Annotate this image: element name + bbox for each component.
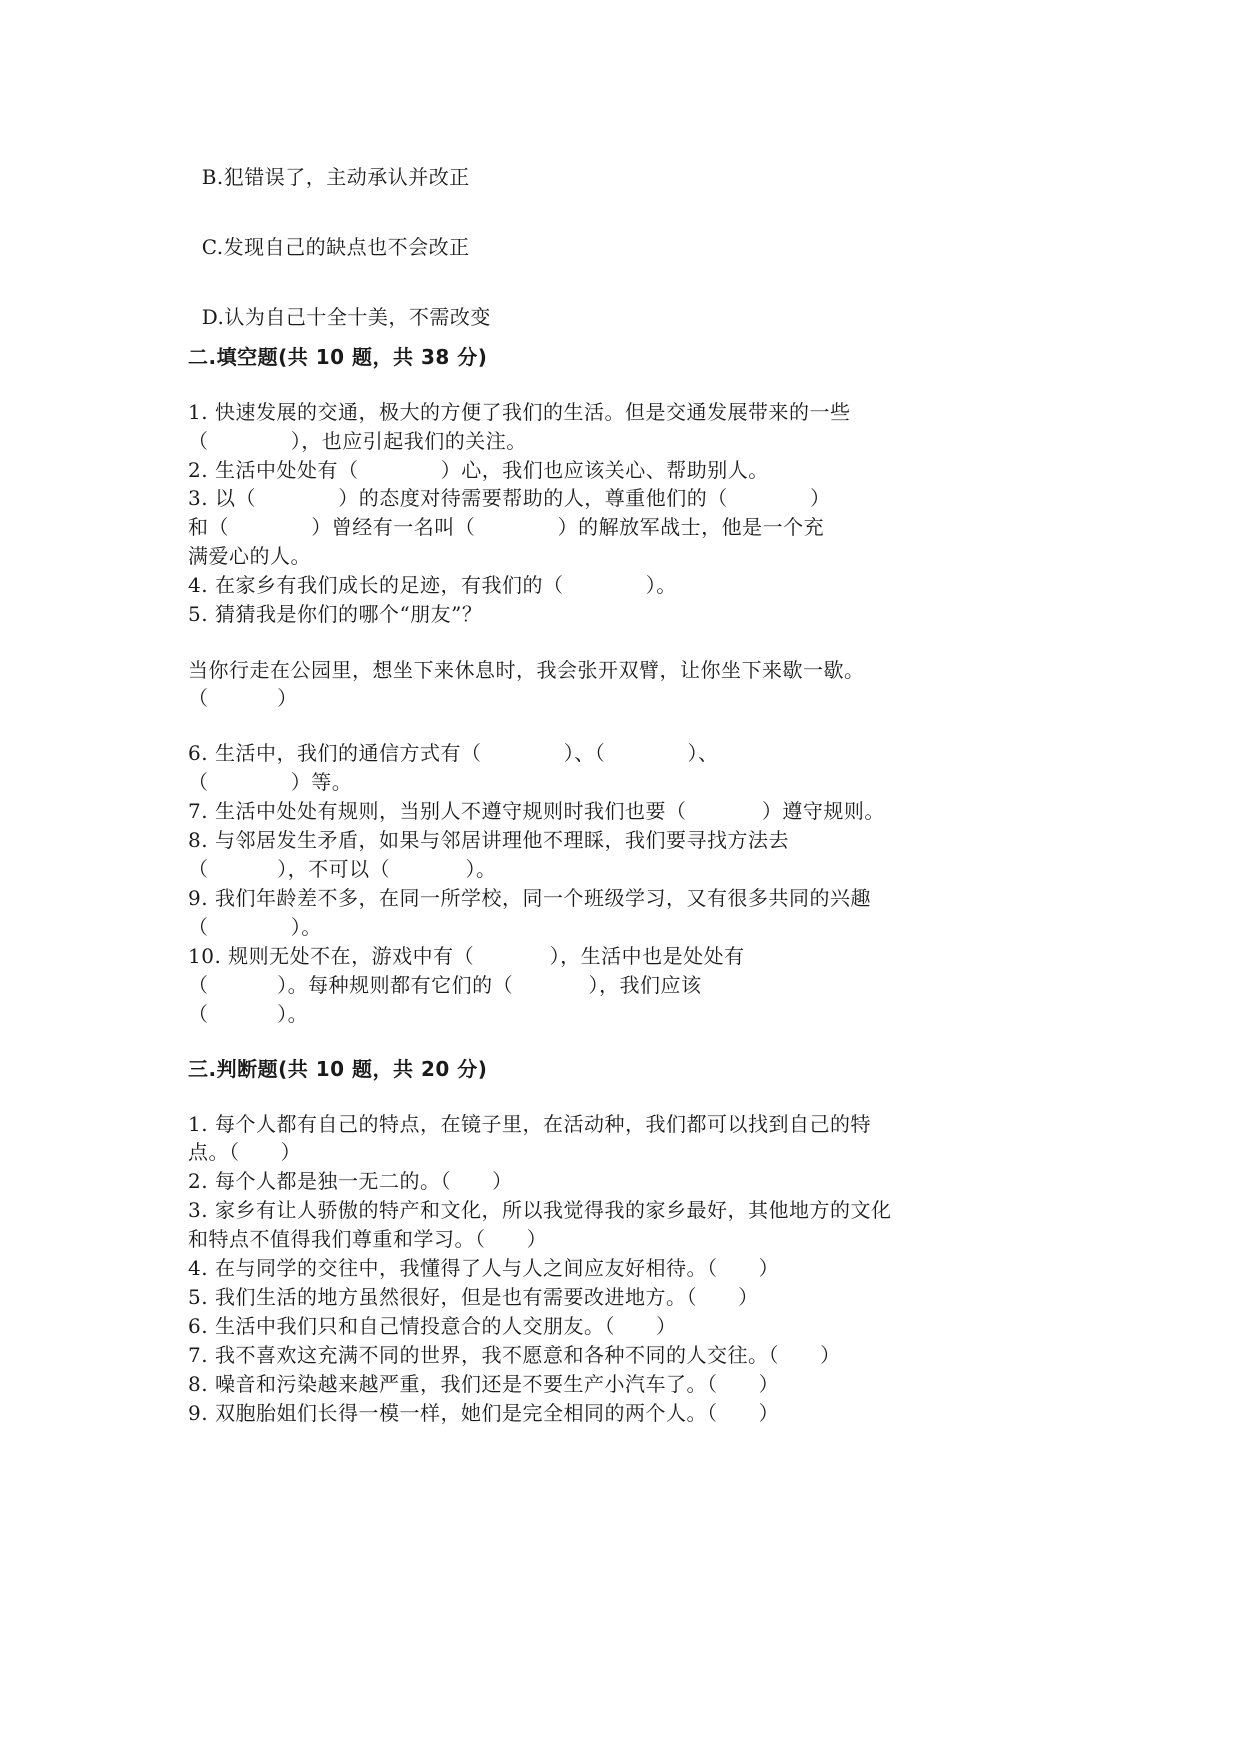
judgment-line: 点。（ ） [188,1138,301,1167]
judgment-line: 和特点不值得我们尊重和学习。（ ） [188,1225,547,1254]
choice-option-b: B.犯错误了，主动承认并改正 [188,134,470,192]
question-line: 满爱心的人。 [188,542,311,571]
question-line: 3. 以（ ）的态度对待需要帮助的人，尊重他们的（ ） [188,484,831,513]
question-line: 当你行走在公园里，想坐下来休息时，我会张开双臂，让你坐下来歇一歇。 [188,656,865,685]
judgment-line: 6. 生活中我们只和自己情投意合的人交朋友。（ ） [188,1312,677,1341]
question-line: 1. 快速发展的交通，极大的方便了我们的生活。但是交通发展带来的一些 [188,398,850,427]
option-label: C. [202,235,224,259]
question-line: 9. 我们年龄差不多，在同一所学校，同一个班级学习，又有很多共同的兴趣 [188,884,871,913]
question-line: （ ）。 [188,913,322,942]
judgment-line: 3. 家乡有让人骄傲的特产和文化，所以我觉得我的家乡最好，其他地方的文化 [188,1196,891,1225]
judgment-line: 1. 每个人都有自己的特点，在镜子里，在活动种，我们都可以找到自己的特 [188,1110,871,1139]
choice-option-d: D.认为自己十全十美，不需改变 [188,274,491,332]
option-label: B. [202,165,224,189]
judgment-line: 2. 每个人都是独一无二的。（ ） [188,1167,513,1196]
judgment-line: 7. 我不喜欢这充满不同的世界，我不愿意和各种不同的人交往。（ ） [188,1341,841,1370]
question-line: 8. 与邻居发生矛盾，如果与邻居讲理他不理睬，我们要寻找方法去 [188,826,789,855]
question-line: 4. 在家乡有我们成长的足迹，有我们的（ ）。 [188,571,677,600]
option-text: 发现自己的缺点也不会改正 [224,235,470,259]
question-line: （ ），也应引起我们的关注。 [188,427,527,456]
question-line: （ ），不可以（ ）。 [188,855,497,884]
section-heading-true-false: 三.判断题(共 10 题，共 20 分) [188,1055,487,1084]
question-line: （ ）。每种规则都有它们的（ ），我们应该 [188,971,702,1000]
question-line: （ ） [188,684,298,713]
question-line: 7. 生活中处处有规则，当别人不遵守规则时我们也要（ ）遵守规则。 [188,797,885,826]
question-line: （ ）。 [188,1000,308,1029]
option-text: 认为自己十全十美，不需改变 [224,305,491,329]
question-line: 6. 生活中，我们的通信方式有（ ）、（ ）、 [188,739,719,768]
question-line: （ ）等。 [188,768,352,797]
judgment-line: 4. 在与同学的交往中，我懂得了人与人之间应友好相待。（ ） [188,1254,779,1283]
section-heading-fill-blank: 二.填空题(共 10 题，共 38 分) [188,343,487,372]
judgment-line: 8. 噪音和污染越来越严重，我们还是不要生产小汽车了。（ ） [188,1370,779,1399]
option-label: D. [202,305,225,329]
choice-option-c: C.发现自己的缺点也不会改正 [188,204,470,262]
option-text: 犯错误了，主动承认并改正 [224,165,470,189]
judgment-line: 5. 我们生活的地方虽然很好，但是也有需要改进地方。（ ） [188,1283,759,1312]
question-line: 和（ ）曾经有一名叫（ ）的解放军战士，他是一个充 [188,513,824,542]
judgment-line: 9. 双胞胎姐们长得一模一样，她们是完全相同的两个人。（ ） [188,1399,779,1428]
question-line: 10. 规则无处不在，游戏中有（ ），生活中也是处处有 [188,942,745,971]
question-line: 2. 生活中处处有（ ）心，我们也应该关心、帮助别人。 [188,456,769,485]
question-line: 5. 猜猜我是你们的哪个“朋友”？ [188,600,482,629]
